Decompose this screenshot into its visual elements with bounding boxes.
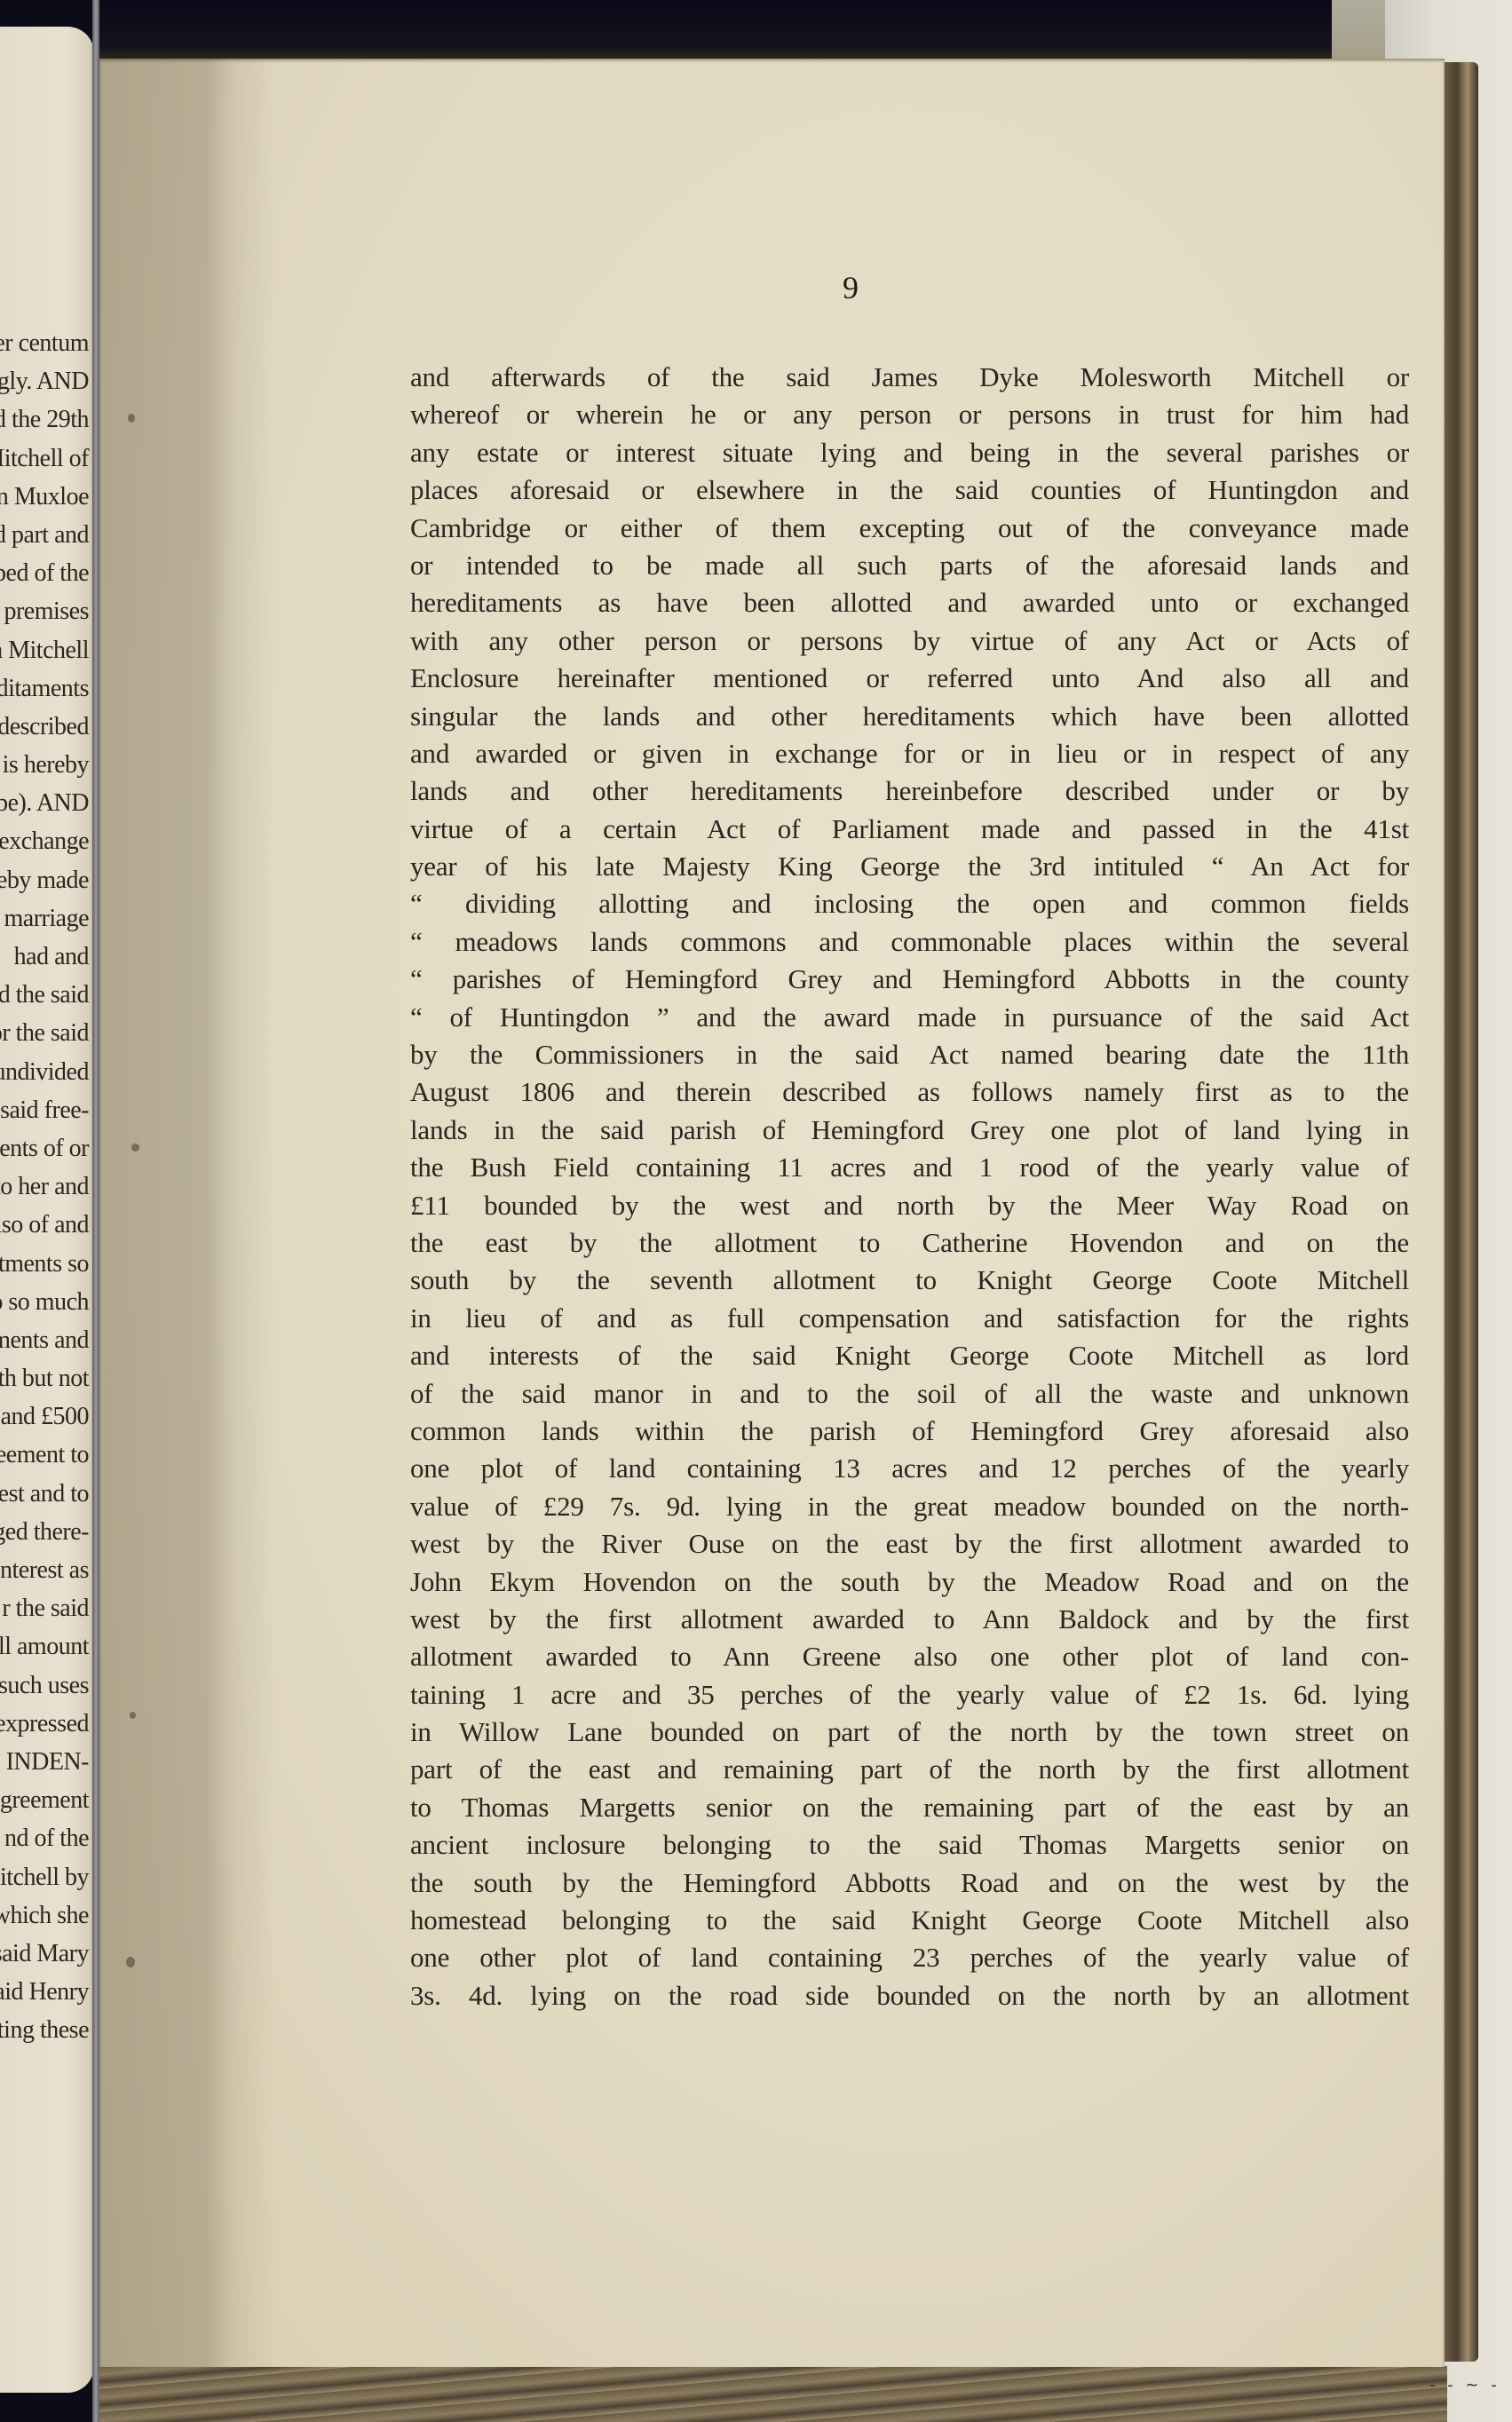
facing-page-line: be). AND — [0, 784, 89, 822]
page-stack-edge — [1443, 62, 1478, 2362]
facing-page-line: ngly. AND — [0, 362, 89, 400]
facing-page-text: per centumngly. ANDed the 29thMitchell o… — [0, 324, 89, 2049]
paper-blemish — [131, 1144, 139, 1152]
facing-page-line: which she — [0, 1896, 89, 1935]
text-line: John Ekym Hovendon on the south by the M… — [410, 1563, 1409, 1601]
facing-page-line: otments so — [0, 1245, 89, 1283]
facing-page-line: expressed — [0, 1705, 89, 1743]
text-line: and awarded or given in exchange for or … — [410, 735, 1409, 772]
facing-page-line: ting these — [0, 2011, 89, 2049]
facing-page-line: such uses — [0, 1666, 89, 1705]
facing-page-line: ereby made — [0, 861, 89, 899]
text-line: the Bush Field containing 11 acres and 1… — [410, 1149, 1409, 1186]
text-line: in lieu of and as full compensation and … — [410, 1300, 1409, 1337]
text-line: common lands within the parish of Heming… — [410, 1413, 1409, 1450]
text-line: Cambridge or either of them excepting ou… — [410, 510, 1409, 547]
text-line: lands in the said parish of Hemingford G… — [410, 1112, 1409, 1149]
text-line: or intended to be made all such parts of… — [410, 547, 1409, 584]
paper-blemish — [126, 1957, 135, 1967]
text-line: lands and other hereditaments hereinbefo… — [410, 772, 1409, 810]
facing-page-line: th but not — [0, 1359, 89, 1397]
facing-page-line: INDEN- — [0, 1743, 89, 1781]
facing-page-line: ments and — [0, 1321, 89, 1359]
facing-page-line: r the said — [0, 1589, 89, 1627]
facing-page-line: or the said — [0, 1014, 89, 1052]
text-line: south by the seventh allotment to Knight… — [410, 1262, 1409, 1299]
text-line: virtue of a certain Act of Parliament ma… — [410, 811, 1409, 848]
book-spine-gutter — [92, 0, 99, 2422]
text-line: places aforesaid or elsewhere in the sai… — [410, 471, 1409, 509]
facing-page-line: had and — [0, 938, 89, 976]
facing-page-line: rest and to — [0, 1475, 89, 1513]
facing-page-line: all amount — [0, 1627, 89, 1666]
text-line: with any other person or persons by virt… — [410, 622, 1409, 660]
facing-page-line: per centum — [0, 324, 89, 362]
facing-page-line: ents of or — [0, 1129, 89, 1167]
text-line: any estate or interest situate lying and… — [410, 434, 1409, 471]
facing-page-line: nd of the — [0, 1819, 89, 1857]
text-line: value of £29 7s. 9d. lying in the great … — [410, 1488, 1409, 1525]
facing-page-line: and £500 — [0, 1397, 89, 1436]
facing-page-line: er described — [0, 708, 89, 746]
text-line: “ parishes of Hemingford Grey and Heming… — [410, 961, 1409, 998]
book-cover-top — [98, 0, 1429, 59]
facing-page-line: to so much — [0, 1283, 89, 1321]
text-line: the east by the allotment to Catherine H… — [410, 1224, 1409, 1262]
facing-page-line: to her and — [0, 1167, 89, 1206]
text-line: of the said manor in and to the soil of … — [410, 1375, 1409, 1413]
text-line: one plot of land containing 13 acres and… — [410, 1450, 1409, 1487]
page-body-text: and afterwards of the said James Dyke Mo… — [410, 359, 1409, 2014]
text-line: “ meadows lands commons and commonable p… — [410, 923, 1409, 961]
text-line: “ dividing allotting and inclosing the o… — [410, 885, 1409, 922]
text-line: 3s. 4d. lying on the road side bounded o… — [410, 1977, 1409, 2014]
facing-page-line: agreement — [0, 1781, 89, 1819]
text-line: whereof or wherein he or any person or p… — [410, 396, 1409, 433]
facing-page-line: aid Henry — [0, 1973, 89, 2011]
text-line: in Willow Lane bounded on part of the no… — [410, 1714, 1409, 1751]
text-line: allotment awarded to Ann Greene also one… — [410, 1638, 1409, 1675]
facing-page-line: d the said — [0, 976, 89, 1014]
text-line: west by the first allotment awarded to A… — [410, 1601, 1409, 1638]
facing-page-line: said Mary — [0, 1935, 89, 1973]
paper-blemish — [130, 1712, 136, 1719]
facing-page-line: undivided — [0, 1053, 89, 1091]
text-line: singular the lands and other hereditamen… — [410, 698, 1409, 735]
text-line: August 1806 and therein described as fol… — [410, 1073, 1409, 1111]
text-line: and interests of the said Knight George … — [410, 1337, 1409, 1374]
facing-page-line: ged there- — [0, 1513, 89, 1551]
text-line: homestead belonging to the said Knight G… — [410, 1902, 1409, 1939]
page-stack-bottom — [98, 2366, 1447, 2422]
facing-page-line: also of and — [0, 1206, 89, 1244]
paper-blemish — [128, 414, 135, 423]
facing-page-line: itchell by — [0, 1858, 89, 1896]
text-line: ancient inclosure belonging to the said … — [410, 1826, 1409, 1864]
facing-page-line: rth Mitchell — [0, 631, 89, 669]
page-number: 9 — [833, 269, 868, 306]
text-line: “ of Huntingdon ” and the award made in … — [410, 999, 1409, 1036]
text-line: to Thomas Margetts senior on the remaini… — [410, 1789, 1409, 1826]
facing-page-line: ribed of the — [0, 554, 89, 592]
facing-page-line: in exchange — [0, 822, 89, 860]
text-line: taining 1 acre and 35 perches of the yea… — [410, 1676, 1409, 1714]
facing-page-line: said free- — [0, 1091, 89, 1129]
document-page: 9 and afterwards of the said James Dyke … — [99, 59, 1445, 2367]
text-line: by the Commissioners in the said Act nam… — [410, 1036, 1409, 1073]
facing-page-line: ed the 29th — [0, 400, 89, 439]
text-line: the south by the Hemingford Abbotts Road… — [410, 1864, 1409, 1902]
facing-page-line: ohn Muxloe — [0, 478, 89, 516]
text-line: part of the east and remaining part of t… — [410, 1751, 1409, 1788]
facing-page: per centumngly. ANDed the 29thMitchell o… — [0, 27, 94, 2393]
facing-page-line: Mitchell of — [0, 439, 89, 478]
pencil-mark: - - ~ - — [1429, 2379, 1509, 2392]
facing-page-line: a marriage — [0, 899, 89, 938]
text-line: and afterwards of the said James Dyke Mo… — [410, 359, 1409, 396]
text-line: £11 bounded by the west and north by the… — [410, 1187, 1409, 1224]
text-line: one other plot of land containing 23 per… — [410, 1939, 1409, 1976]
facing-page-line: nd premises — [0, 592, 89, 630]
text-line: year of his late Majesty King George the… — [410, 848, 1409, 885]
facing-page-line: eement to — [0, 1436, 89, 1474]
text-line: Enclosure hereinafter mentioned or refer… — [410, 660, 1409, 697]
facing-page-line: ird part and — [0, 516, 89, 554]
text-line: west by the River Ouse on the east by th… — [410, 1525, 1409, 1563]
facing-page-line: interest as — [0, 1551, 89, 1589]
text-line: hereditaments as have been allotted and … — [410, 584, 1409, 621]
facing-page-line: ereditaments — [0, 669, 89, 708]
facing-page-line: ll is hereby — [0, 746, 89, 784]
